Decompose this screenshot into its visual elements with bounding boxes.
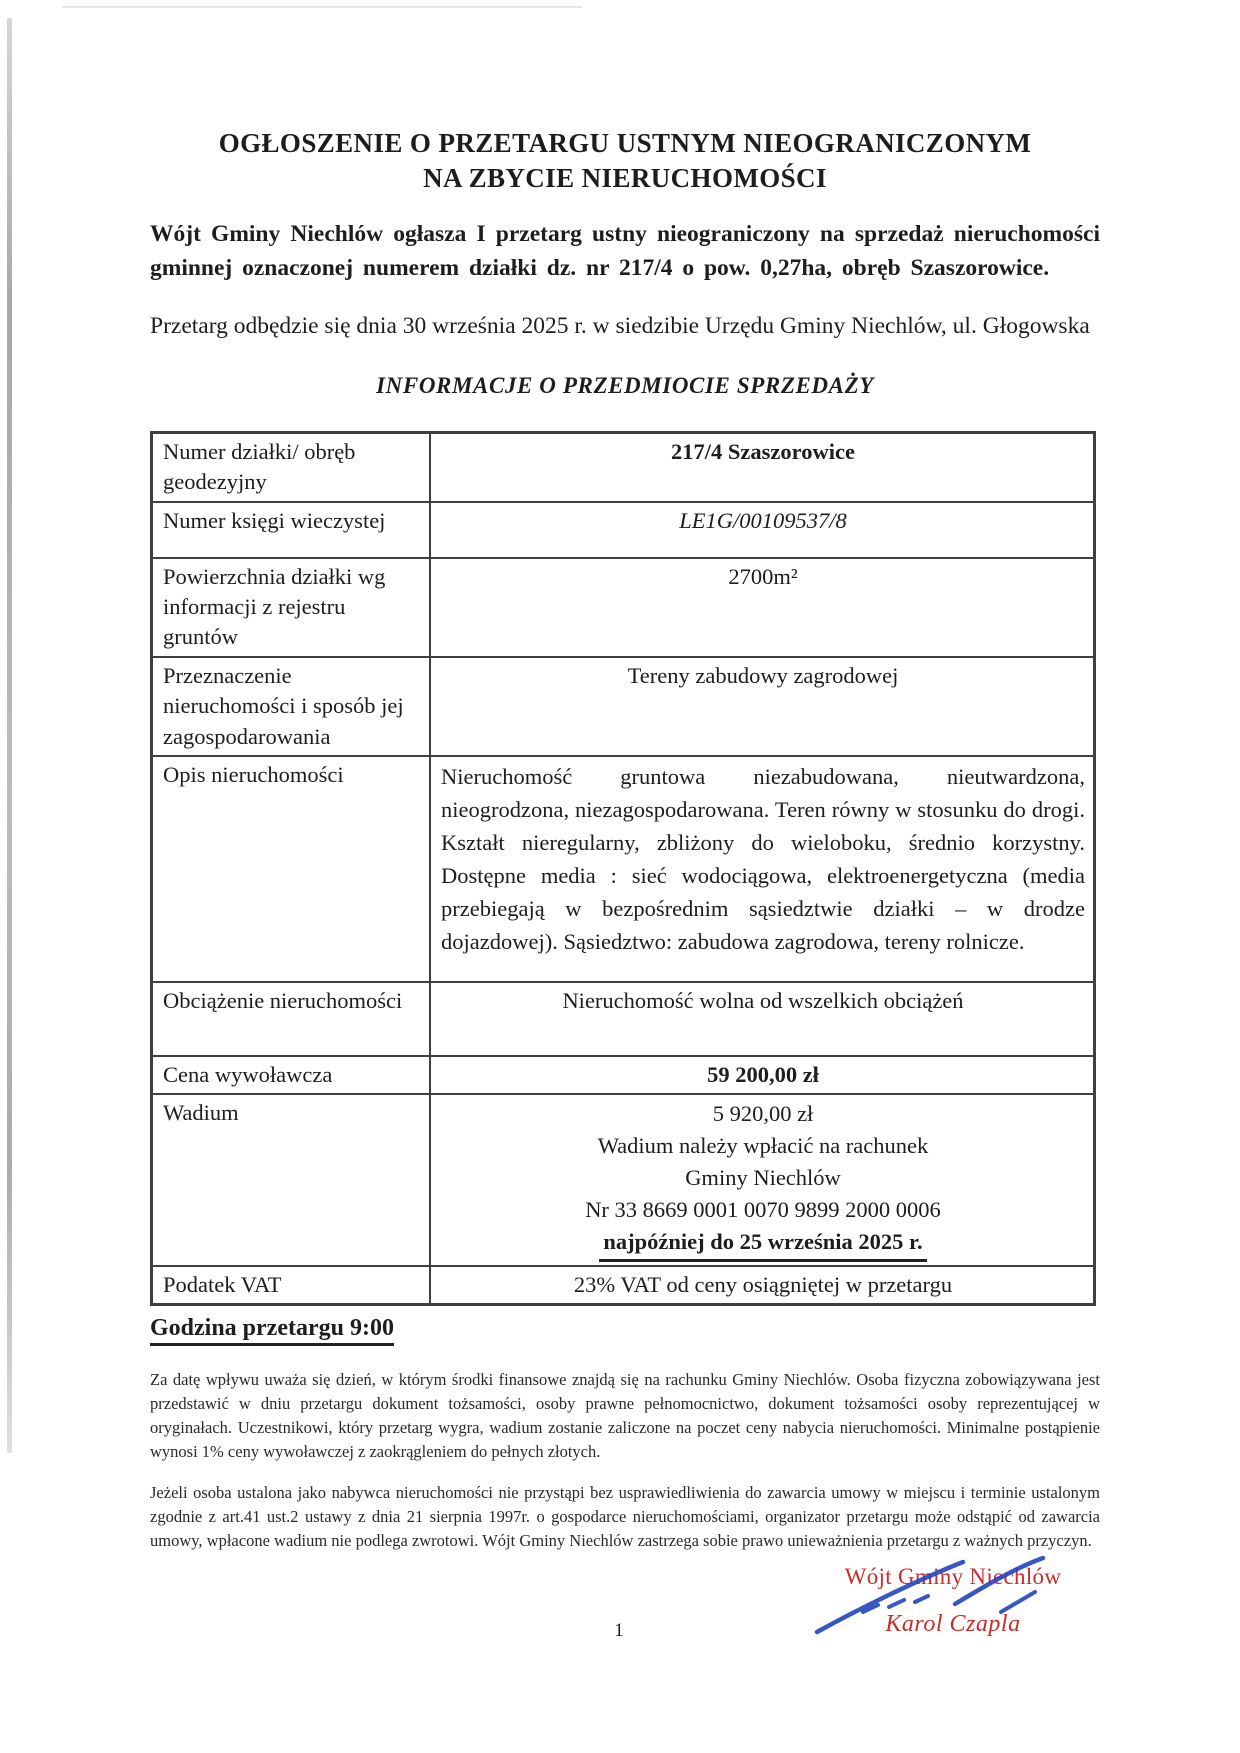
- wadium-deadline: najpóźniej do 25 września 2025 r.: [599, 1226, 926, 1262]
- row-value: 59 200,00 zł: [430, 1056, 1095, 1094]
- row-value: Tereny zabudowy zagrodowej: [430, 657, 1095, 756]
- table-row: Numer działki/ obręb geodezyjny 217/4 Sz…: [152, 432, 1095, 501]
- wadium-instruction: Wadium należy wpłacić na rachunek: [441, 1130, 1085, 1162]
- document-title: OGŁOSZENIE O PRZETARGU USTNYM NIEOGRANIC…: [150, 126, 1100, 196]
- signature-block: Wójt Gminy Niechlów Karol Czapla: [812, 1564, 1094, 1638]
- auction-time-heading: Godzina przetargu 9:00: [150, 1315, 1100, 1346]
- row-value: Nieruchomość gruntowa niezabudowana, nie…: [430, 756, 1095, 982]
- table-row: Obciążenie nieruchomości Nieruchomość wo…: [152, 982, 1095, 1056]
- row-value: Nieruchomość wolna od wszelkich obciążeń: [430, 982, 1095, 1056]
- title-line-2: NA ZBYCIE NIERUCHOMOŚCI: [150, 161, 1100, 196]
- scan-artifact-left-edge: [7, 18, 12, 1453]
- table-row: Cena wywoławcza 59 200,00 zł: [152, 1056, 1095, 1094]
- row-label: Numer działki/ obręb geodezyjny: [152, 432, 431, 501]
- signature-name: Karol Czapla: [812, 1611, 1094, 1638]
- row-value: 2700m²: [430, 558, 1095, 657]
- page-number: 1: [604, 1620, 634, 1642]
- row-label: Przeznaczenie nieruchomości i sposób jej…: [152, 657, 431, 756]
- intro-bold-paragraph: Wójt Gminy Niechlów ogłasza I przetarg u…: [150, 217, 1100, 285]
- document-page: OGŁOSZENIE O PRZETARGU USTNYM NIEOGRANIC…: [0, 0, 1240, 1753]
- terms-paragraph-2: Jeżeli osoba ustalona jako nabywca nieru…: [150, 1481, 1100, 1553]
- wadium-amount: 5 920,00 zł: [441, 1098, 1085, 1130]
- terms-paragraph-1: Za datę wpływu uważa się dzień, w którym…: [150, 1368, 1100, 1464]
- auction-time-text: Godzina przetargu 9:00: [150, 1315, 394, 1346]
- table-row: Podatek VAT 23% VAT od ceny osiągniętej …: [152, 1266, 1095, 1305]
- row-label: Cena wywoławcza: [152, 1056, 431, 1094]
- wadium-recipient: Gminy Niechlów: [441, 1162, 1085, 1194]
- row-label: Podatek VAT: [152, 1266, 431, 1305]
- row-label: Obciążenie nieruchomości: [152, 982, 431, 1056]
- row-label: Wadium: [152, 1094, 431, 1266]
- row-value: 217/4 Szaszorowice: [430, 432, 1095, 501]
- row-label: Numer księgi wieczystej: [152, 502, 431, 558]
- table-row: Przeznaczenie nieruchomości i sposób jej…: [152, 657, 1095, 756]
- document-content: OGŁOSZENIE O PRZETARGU USTNYM NIEOGRANIC…: [150, 0, 1100, 1569]
- section-heading: INFORMACJE O PRZEDMIOCIE SPRZEDAŻY: [150, 373, 1100, 399]
- row-value: LE1G/00109537/8: [430, 502, 1095, 558]
- row-value: 5 920,00 zł Wadium należy wpłacić na rac…: [430, 1094, 1095, 1266]
- property-info-table: Numer działki/ obręb geodezyjny 217/4 Sz…: [150, 431, 1096, 1306]
- table-row: Wadium 5 920,00 zł Wadium należy wpłacić…: [152, 1094, 1095, 1266]
- row-value: 23% VAT od ceny osiągniętej w przetargu: [430, 1266, 1095, 1305]
- intro-paragraph: Przetarg odbędzie się dnia 30 września 2…: [150, 309, 1100, 343]
- row-label: Powierzchnia działki wg informacji z rej…: [152, 558, 431, 657]
- table-row: Powierzchnia działki wg informacji z rej…: [152, 558, 1095, 657]
- wadium-account-number: Nr 33 8669 0001 0070 9899 2000 0006: [441, 1194, 1085, 1226]
- title-line-1: OGŁOSZENIE O PRZETARGU USTNYM NIEOGRANIC…: [150, 126, 1100, 161]
- table-row: Numer księgi wieczystej LE1G/00109537/8: [152, 502, 1095, 558]
- row-label: Opis nieruchomości: [152, 756, 431, 982]
- table-row: Opis nieruchomości Nieruchomość gruntowa…: [152, 756, 1095, 982]
- signature-role: Wójt Gminy Niechlów: [812, 1564, 1094, 1590]
